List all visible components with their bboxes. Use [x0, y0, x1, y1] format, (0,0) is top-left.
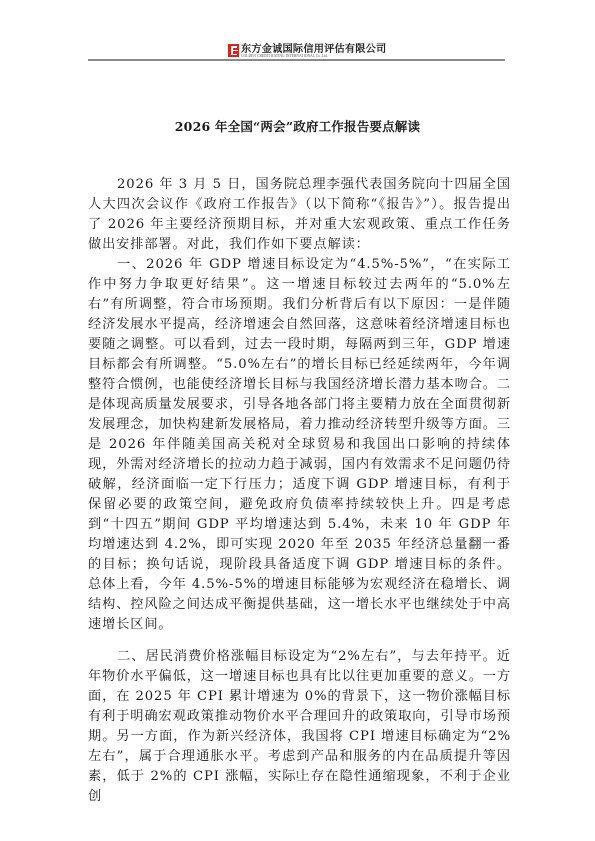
dongfang-jincheng-logo-icon	[228, 44, 239, 57]
document-title: 2026 年全国“两会”政府工作报告要点解读	[0, 117, 595, 135]
paragraph-intro: 2026 年 3 月 5 日，国务院总理李强代表国务院向十四届全国人大四次会议作…	[88, 175, 511, 255]
paragraph-gdp-target: 一、2026 年 GDP 增速目标设定为“4.5%-5%”，“在实际工作中努力争…	[88, 255, 511, 635]
company-branding: 东方金诚国际信用评估有限公司 GOLDEN CREDIT RATING INTE…	[228, 44, 386, 59]
company-name-cn: 东方金诚国际信用评估有限公司	[241, 44, 386, 54]
header-divider	[88, 59, 505, 61]
document-body: 2026 年 3 月 5 日，国务院总理李强代表国务院向十四届全国人大四次会议作…	[88, 175, 511, 807]
paragraph-cpi-target: 二、居民消费价格涨幅目标设定为“2%左右”，与去年持平。近年物价水平偏低，这一增…	[88, 647, 511, 807]
page-number: 1	[0, 770, 595, 781]
page-header: 东方金诚国际信用评估有限公司 GOLDEN CREDIT RATING INTE…	[0, 0, 595, 62]
company-name-block: 东方金诚国际信用评估有限公司 GOLDEN CREDIT RATING INTE…	[241, 44, 386, 59]
